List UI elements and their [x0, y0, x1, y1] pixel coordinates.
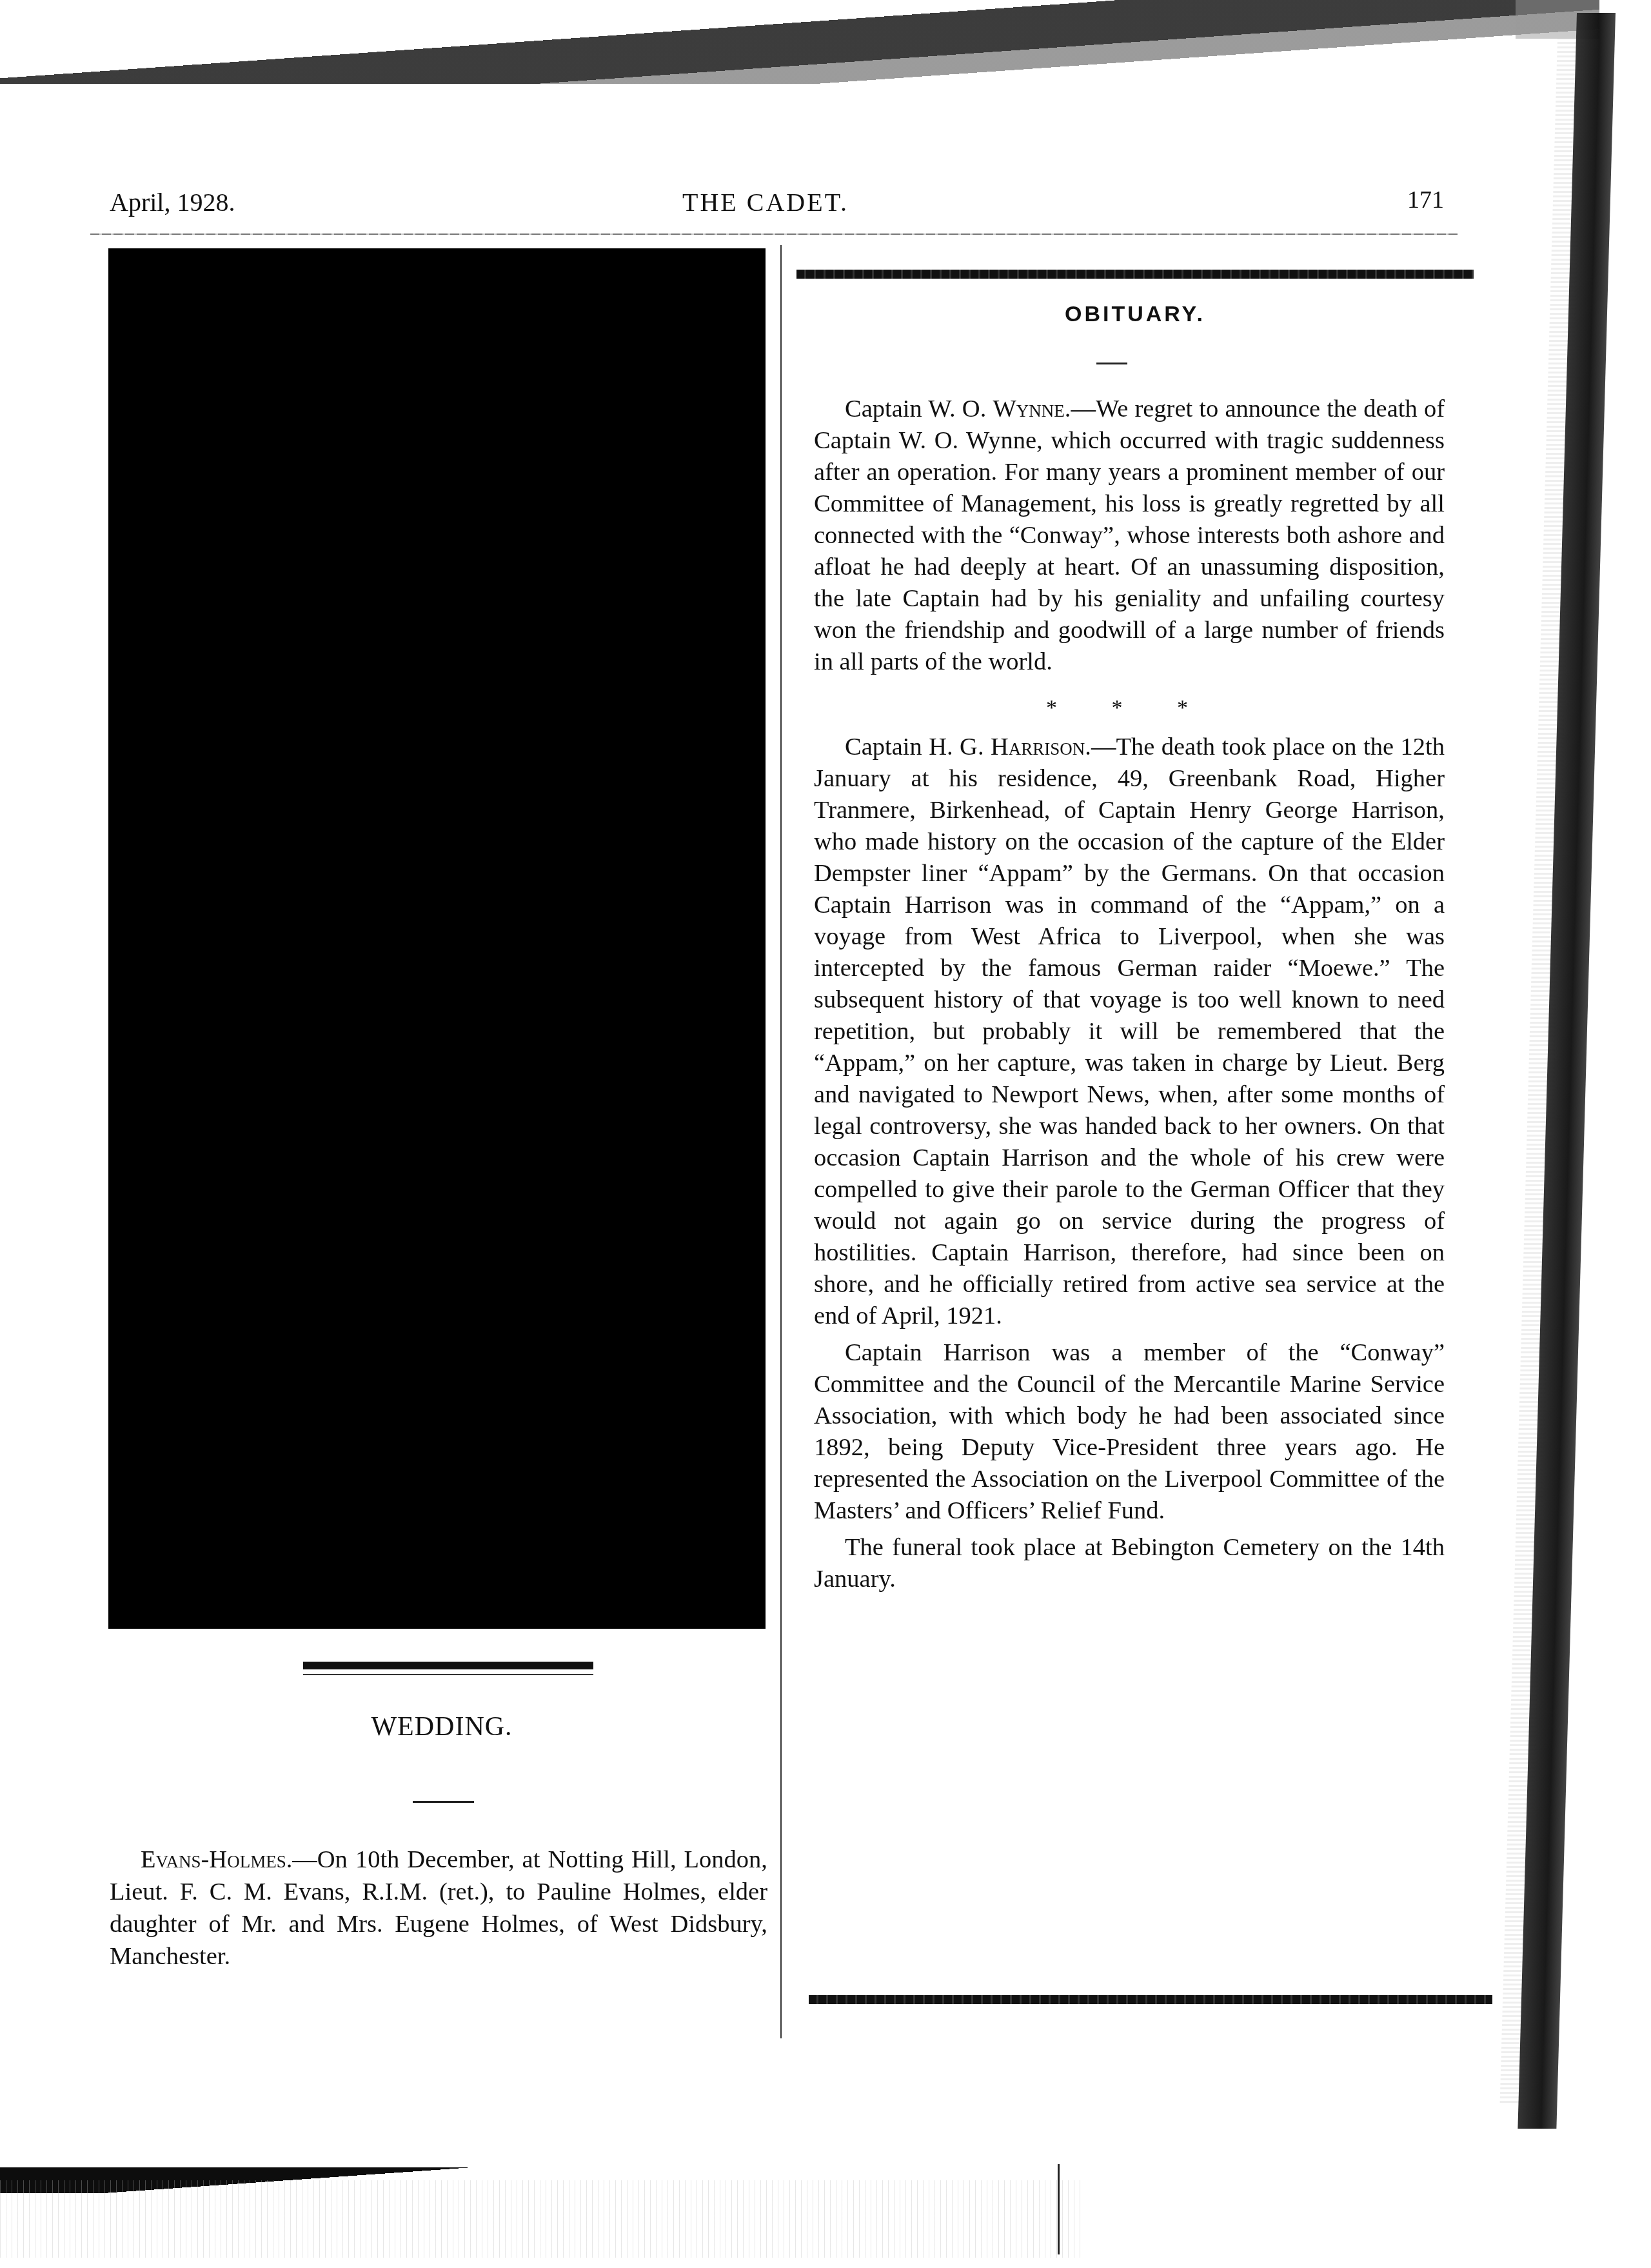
- scan-noise-bottom: [0, 2180, 1083, 2258]
- obituary-entry-wynne: Captain W. O. Wynne.—We regret to announ…: [814, 393, 1445, 678]
- obituary-body: Captain W. O. Wynne.—We regret to announ…: [814, 393, 1445, 1595]
- header-rule: [90, 234, 1458, 235]
- page-number: 171: [1407, 186, 1444, 214]
- wedding-heading: WEDDING.: [0, 1711, 884, 1742]
- publication-title: THE CADET.: [682, 187, 849, 217]
- obituary-bottom-rule: [809, 1995, 1492, 2004]
- section-separator-stars: * * *: [814, 692, 1445, 724]
- scan-shadow-top: [0, 0, 1599, 84]
- running-head: April, 1928. THE CADET. 171: [0, 181, 1651, 226]
- scan-gutter-mark: [1058, 2164, 1060, 2254]
- column-divider: [780, 245, 782, 2038]
- surname: Harrison.: [991, 733, 1091, 761]
- heading-underline: [413, 1801, 474, 1803]
- obituary-heading: OBITUARY.: [796, 302, 1474, 327]
- wedding-notice: Evans-Holmes.—On 10th December, at Notti…: [110, 1844, 767, 1973]
- surname: Wynne.: [993, 395, 1071, 423]
- heading-underline: [1096, 363, 1127, 364]
- obituary-top-rule: [796, 270, 1474, 279]
- redacted-photograph: [108, 248, 766, 1629]
- obituary-paragraph: Captain Harrison was a member of the “Co…: [814, 1337, 1445, 1527]
- obituary-entry-harrison: Captain H. G. Harrison.—The death took p…: [814, 731, 1445, 1332]
- issue-date: April, 1928.: [110, 187, 235, 217]
- section-rule-thin: [303, 1674, 593, 1675]
- wedding-names: Evans-Holmes.: [141, 1846, 292, 1873]
- obituary-paragraph: The funeral took place at Bebington Ceme…: [814, 1532, 1445, 1595]
- section-rule: [303, 1662, 593, 1669]
